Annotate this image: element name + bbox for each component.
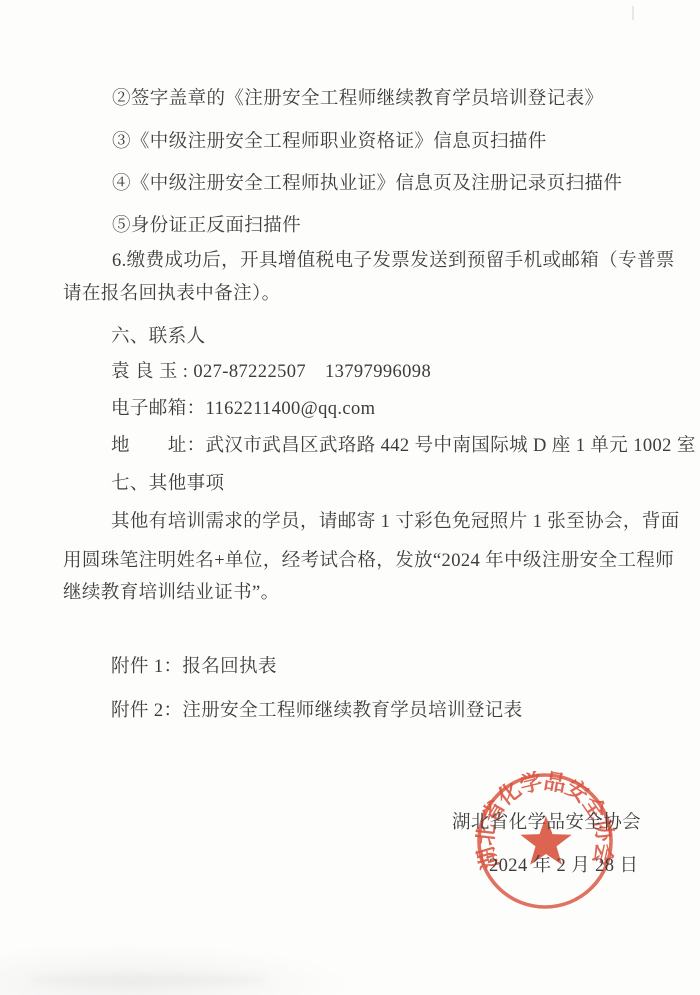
para-payment-line-2: 请在报名回执表中备注）。 xyxy=(63,283,281,305)
list-item-3: ③《中级注册安全工程师职业资格证》信息页扫描件 xyxy=(112,131,547,153)
list-item-5: ⑤身份证正反面扫描件 xyxy=(112,215,301,237)
para-other-line-2: 用圆珠笔注明姓名+单位，经考试合格，发放“2024 年中级注册安全工程师 xyxy=(63,550,674,572)
list-item-4: ④《中级注册安全工程师执业证》信息页及注册记录页扫描件 xyxy=(112,173,622,195)
para-other-line-1: 其他有培训需求的学员，请邮寄 1 寸彩色免冠照片 1 张至协会，背面 xyxy=(111,511,680,533)
list-item-2: ②签字盖章的《注册安全工程师继续教育学员培训登记表》 xyxy=(112,88,603,110)
scan-smudge xyxy=(28,974,268,986)
para-payment-line-1: 6.缴费成功后，开具增值税电子发票发送到预留手机或邮箱（专普票 xyxy=(112,250,675,272)
official-seal: 湖北省化学品安全协会 xyxy=(460,758,630,928)
scan-edge-artifact xyxy=(632,6,634,20)
signature-org: 湖北省化学品安全协会 xyxy=(452,812,641,834)
contact-name-phone: 袁 良 玉 : 027-87222507 13797996098 xyxy=(111,361,431,383)
attachment-2: 附件 2：注册安全工程师继续教育学员培训登记表 xyxy=(111,700,523,722)
contact-email: 电子邮箱：1162211400@qq.com xyxy=(111,398,375,420)
attachment-1: 附件 1：报名回执表 xyxy=(111,656,277,678)
signature-date: 2024 年 2 月 28 日 xyxy=(489,855,638,877)
section-6-heading: 六、联系人 xyxy=(111,326,206,348)
para-other-line-3: 继续教育培训结业证书”。 xyxy=(63,582,280,604)
contact-address: 地 址：武汉市武昌区武珞路 442 号中南国际城 D 座 1 单元 1002 室 xyxy=(111,435,696,457)
document-page: 湖北省化学品安全协会 ②签字盖章的《注册安全工程师继续教育学员培训登记表》③《中… xyxy=(0,0,700,995)
section-7-heading: 七、其他事项 xyxy=(111,473,224,495)
